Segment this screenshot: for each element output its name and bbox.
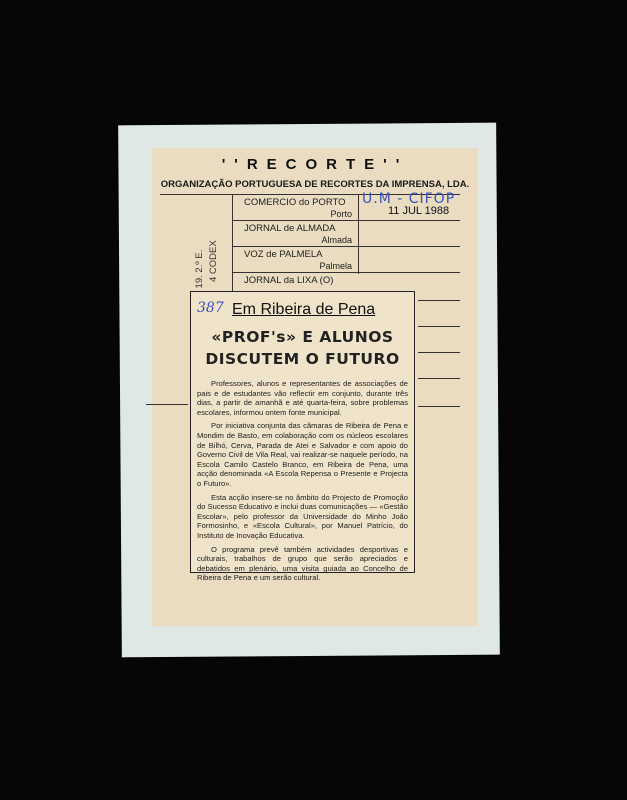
headline-line: DISCUTEM O FUTURO [191, 348, 414, 370]
divider [418, 406, 460, 407]
divider [232, 272, 460, 273]
clipping-form: ''RECORTE'' ORGANIZAÇÃO PORTUGUESA DE RE… [152, 148, 478, 626]
divider [418, 352, 460, 353]
divider [358, 194, 359, 274]
publication-name: JORNAL de ALMADA [244, 223, 336, 234]
article-body: Professores, alunos e representantes de … [197, 379, 408, 587]
divider [418, 326, 460, 327]
publication-name: VOZ de PALMELA [244, 249, 323, 260]
article-paragraph: Por iniciativa conjunta das câmaras de R… [197, 421, 408, 488]
publication-name: COMERCIO do PORTO [244, 197, 346, 208]
article-paragraph: Esta acção insere-se no âmbito do Projec… [197, 493, 408, 541]
divider [418, 300, 460, 301]
article-paragraph: O programa prevê também actividades desp… [197, 545, 408, 583]
article-kicker: Em Ribeira de Pena [232, 301, 375, 319]
recorte-title: ''RECORTE'' [152, 156, 478, 173]
article-paragraph: Professores, alunos e representantes de … [197, 379, 408, 417]
headline-line: «PROF's» E ALUNOS [191, 326, 414, 348]
publication-name: JORNAL da LIXA (O) [244, 275, 333, 286]
news-article: 387 Em Ribeira de Pena «PROF's» E ALUNOS… [190, 291, 415, 573]
side-address-line2: 4 CODEX [208, 240, 219, 282]
publication-city: Porto [272, 209, 352, 219]
divider [232, 194, 233, 294]
article-headline: «PROF's» E ALUNOS DISCUTEM O FUTURO [191, 326, 414, 370]
divider [146, 404, 188, 405]
organization-name: ORGANIZAÇÃO PORTUGUESA DE RECORTES DA IM… [152, 179, 478, 190]
divider [232, 246, 460, 247]
publication-city: Palmela [272, 261, 352, 271]
divider [232, 220, 460, 221]
handwritten-number: 387 [197, 300, 224, 316]
date-stamp: 11 JUL 1988 [388, 205, 449, 217]
publication-city: Almada [272, 235, 352, 245]
divider [418, 378, 460, 379]
